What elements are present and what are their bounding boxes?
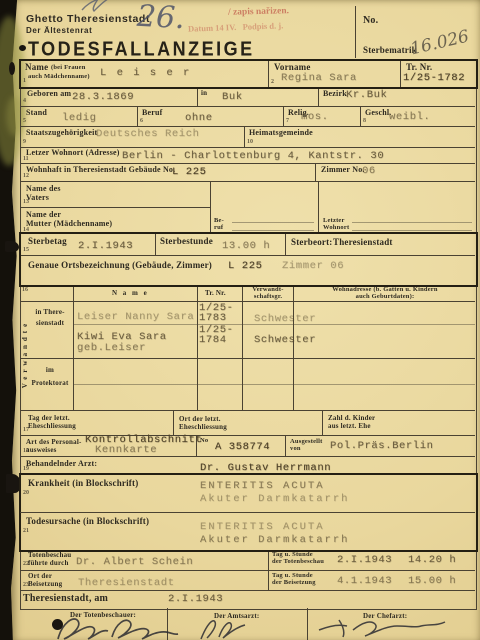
- todesursache-value1: ENTERITIS ACUTA: [200, 521, 325, 533]
- rule: [20, 163, 475, 164]
- krankheit-value1: ENTERITIS ACUTA: [200, 480, 325, 492]
- field-num: 1: [23, 78, 26, 84]
- col-trnr-header: Tr. Nr.: [205, 289, 226, 297]
- totenbeschau-label: Totenbeschau führte durch: [28, 551, 71, 567]
- relative-row-trnr-b: 1784: [199, 334, 227, 346]
- rule: [20, 456, 475, 457]
- col-addr-header: Wohnadresse (b. Gatten u. Kindern auch G…: [300, 286, 470, 301]
- ehetag-label: Tag der letzt. Eheschliessung: [28, 414, 76, 430]
- beruf-col-label: Be- ruf: [214, 217, 224, 232]
- footer-date: 2.I.1943: [168, 593, 223, 605]
- field-num: 8: [363, 118, 366, 124]
- ausgestellt-label: Ausgestellt von: [290, 438, 323, 453]
- rule: [322, 410, 323, 435]
- krankheit-label: Krankheit (in Blockschrift): [28, 478, 138, 488]
- wohnort-value: Berlin - Charlottenburg 4, Kantstr. 30: [122, 150, 384, 162]
- ortsbez-label: Genaue Ortsbezeichnung (Gebäude, Zimmer): [28, 260, 212, 270]
- relig-value: mos.: [301, 111, 329, 123]
- rule: [197, 87, 198, 106]
- rule: [285, 435, 286, 456]
- todesursache-value2: Akuter Darmkatarrh: [200, 534, 349, 546]
- org-name: Ghetto Theresienstadt: [26, 13, 150, 25]
- beisetzung-time: 15.00 h: [408, 575, 456, 587]
- zimmer-label: Zimmer No.: [321, 165, 365, 174]
- rule: [318, 181, 319, 233]
- field-num: 15: [23, 247, 29, 253]
- ink-blot-title: [19, 45, 26, 51]
- case-number-handwritten: 26.: [136, 0, 185, 36]
- bezirk-label: Bezirk: [323, 89, 347, 98]
- relative-row-verw: Schwester: [254, 334, 316, 346]
- rule: [283, 106, 284, 126]
- totenbeschau-right-label: Tag u. Stunde der Totenbeschau: [272, 551, 324, 566]
- rule: [244, 126, 245, 147]
- mutter-label: Name der Mutter (Mädchenname): [26, 210, 112, 228]
- field-num: 16: [22, 287, 28, 293]
- field-num: 21: [23, 528, 29, 534]
- zimmer-value: 06: [362, 165, 376, 177]
- ruled-dash: [232, 230, 314, 231]
- sterbematrik-label: Sterbematrik: [363, 45, 417, 55]
- relative-row-trnr-b: 1783: [199, 312, 227, 324]
- wohnhaft-value: L 225: [172, 166, 207, 178]
- rule: [293, 285, 294, 410]
- group-theresienstadt-label: in There- sienstadt: [29, 307, 71, 329]
- footer-place-label: Theresienstadt, am: [23, 593, 108, 605]
- signature-amtsarzt: [193, 616, 253, 640]
- field-num: 7: [286, 118, 289, 124]
- geboren-in-label: in: [201, 89, 207, 97]
- trnr-value: 1/25-1782: [403, 72, 465, 84]
- sterbetag-label: Sterbetag: [28, 236, 67, 246]
- rule: [20, 358, 475, 359]
- totenbeschau-time: 14.20 h: [408, 554, 456, 566]
- rule: [20, 410, 475, 411]
- relative-row-name: Leiser Nanny Sara: [77, 311, 194, 323]
- ruled-dash: [352, 222, 472, 223]
- bezirk-value: Kr.Buk: [346, 89, 387, 101]
- rule: [20, 570, 475, 571]
- rule: [137, 106, 138, 126]
- name-value: L e i s e r: [100, 67, 191, 79]
- wohnort-label: Letzer Wohnort (Adresse): [26, 148, 120, 157]
- ausweis-no-label: No: [200, 437, 208, 444]
- geboren-value: 28.3.1869: [72, 91, 134, 103]
- red-stamp-line1: / zapis nařizen.: [228, 6, 289, 18]
- ruled-dash: [352, 230, 472, 231]
- field-num: 5: [23, 118, 26, 124]
- rule: [20, 126, 475, 127]
- vorname-value: Regina Sara: [281, 72, 357, 84]
- no-label: No.: [363, 15, 378, 27]
- vater-label: Name des Vaters: [26, 184, 61, 202]
- header-divider: [355, 6, 356, 58]
- ausgestellt-value: Pol.Präs.Berlin: [330, 440, 434, 452]
- beruf-value: ohne: [185, 112, 213, 124]
- edge-arrow-sterbetag: [5, 241, 19, 252]
- totenbeschau-date: 2.I.1943: [337, 554, 392, 566]
- beisetzung-value: Theresienstadt: [78, 577, 175, 589]
- name-label-sub1: (bei Frauen: [51, 64, 86, 71]
- col-verw-header: Verwandt- schaftsgr.: [245, 286, 291, 301]
- vorname-label: Vorname: [274, 62, 311, 72]
- kinder-label: Zahl d. Kinder aus letzt. Ehe: [328, 414, 375, 430]
- field-num: 10: [247, 139, 253, 145]
- rule: [20, 181, 475, 182]
- org-subtitle: Der Ältestenrat: [26, 26, 92, 35]
- rule: [73, 285, 74, 410]
- sterbestunde-label: Sterbestunde: [160, 236, 213, 246]
- ortsbez-value1: L 225: [228, 260, 263, 272]
- beruf-label: Beruf: [142, 108, 163, 117]
- geschl-value: weibl.: [389, 111, 430, 123]
- stand-value: ledig: [62, 112, 97, 124]
- checkmark-icon: [80, 0, 110, 13]
- name-label-sub2: auch Mädchenname): [28, 73, 90, 80]
- todesursache-label: Todesursache (in Blockschrift): [26, 516, 149, 526]
- sterbeort-label: Sterbeort:: [291, 237, 332, 247]
- ortsbez-value2: Zimmer 06: [282, 260, 344, 272]
- ausweis-no-value: A 358774: [215, 441, 270, 453]
- group-protektorat-label: im Protektorat: [27, 364, 73, 391]
- rule: [20, 512, 475, 513]
- field-num: 2: [271, 79, 274, 85]
- geschl-label: Geschl.: [365, 108, 392, 117]
- trnr-label: Tr. Nr.: [406, 62, 432, 72]
- signature-totenbeschauer: [52, 613, 182, 640]
- rule: [197, 285, 198, 410]
- rule: [20, 106, 475, 107]
- wohnhaft-label: Wohnhaft in Theresienstadt Gebäude No.: [26, 165, 175, 174]
- rule: [315, 163, 316, 181]
- eheort-label: Ort der letzt. Eheschliessung: [179, 415, 227, 431]
- rule: [242, 285, 243, 410]
- rule: [20, 207, 210, 208]
- arzt-label: Behandelnder Arzt:: [26, 459, 97, 468]
- beisetzung-date: 4.1.1943: [337, 575, 392, 587]
- field-num: 9: [23, 139, 26, 145]
- totenbeschau-value: Dr. Albert Schein: [76, 556, 193, 568]
- rule: [268, 550, 269, 590]
- beisetzung-label: Ort der Beisetzung: [28, 572, 62, 588]
- geboren-in-value: Buk: [222, 91, 243, 103]
- rule: [318, 87, 319, 106]
- staat-label: Staatszugehörigkeit: [26, 128, 97, 137]
- document-title: TODESFALLANZEIGE: [28, 38, 255, 62]
- wohnort-col-label: Letzter Wohnort: [323, 217, 349, 232]
- relative-row-verw: Schwester: [254, 313, 316, 325]
- rule: [20, 301, 475, 302]
- sterbeort-value: Theresienstadt: [333, 237, 393, 247]
- krankheit-value2: Akuter Darmkatarrh: [200, 493, 349, 505]
- geboren-label: Geboren am: [27, 89, 71, 98]
- field-num: 6: [140, 118, 143, 124]
- rule: [173, 410, 174, 435]
- signature-chefarzt: [315, 612, 450, 638]
- rule: [210, 181, 211, 233]
- ausweis-label: Art des Personal- ausweises: [26, 438, 82, 454]
- sterbestunde-value: 13.00 h: [222, 240, 270, 252]
- field-num: 4: [23, 98, 26, 104]
- arzt-value: Dr. Gustav Herrmann: [200, 462, 331, 474]
- relative-row-name2: geb.Leiser: [77, 342, 146, 354]
- edge-mark-1: [9, 62, 15, 75]
- stand-label: Stand: [26, 108, 47, 117]
- rule: [20, 590, 475, 591]
- staat-value: Deutsches Reich: [96, 128, 200, 140]
- name-label: Name: [25, 62, 48, 72]
- beisetzung-right-label: Tag u. Stunde der Beisetzung: [272, 572, 316, 587]
- rule: [73, 384, 475, 385]
- ausweis-typed2: Kennkarte: [95, 444, 157, 456]
- col-name-header: N a m e: [112, 289, 149, 297]
- sterbetag-value: 2.I.1943: [78, 240, 133, 252]
- field-num: 20: [23, 490, 29, 496]
- heimat-label: Heimatsgemeinde: [249, 128, 313, 137]
- ruled-dash: [232, 222, 314, 223]
- rule: [360, 106, 361, 126]
- rule: [307, 608, 308, 640]
